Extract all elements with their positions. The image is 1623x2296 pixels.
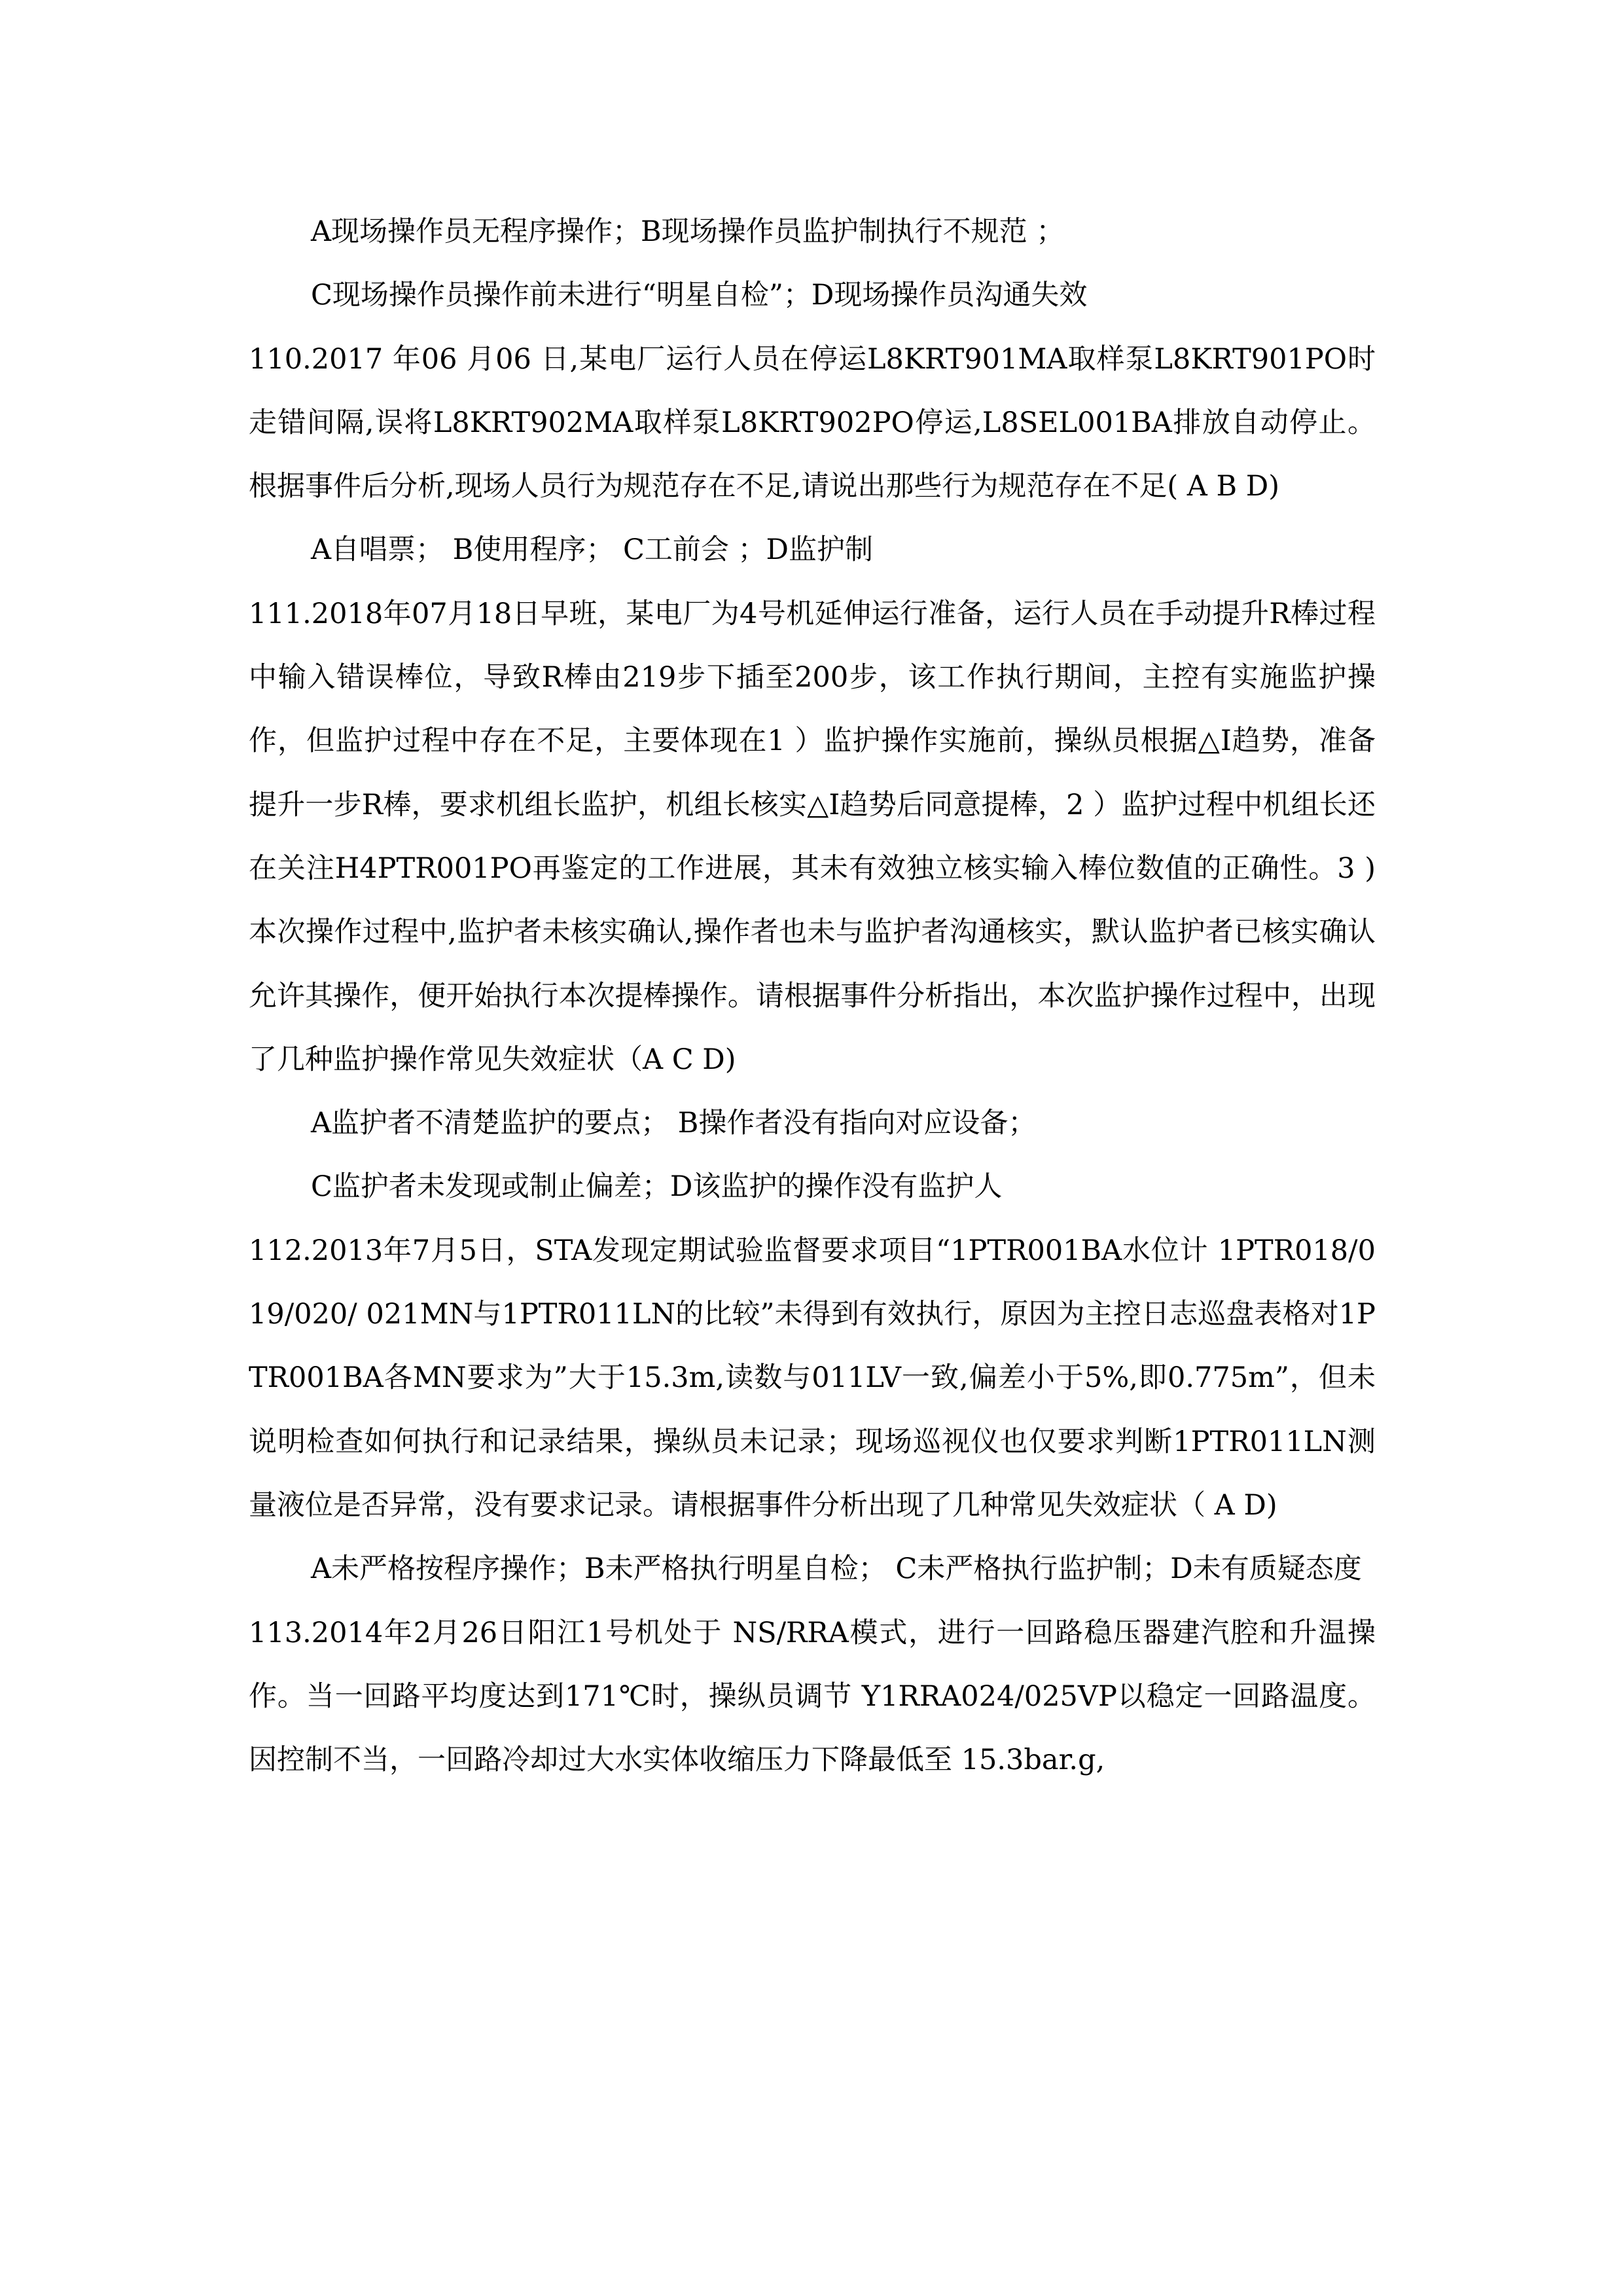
answer-options-110: A自唱票； B使用程序； C工前会 ；D监护制 — [249, 518, 1376, 582]
question-110: 110.2017 年06 月06 日,某电厂运行人员在停运L8KRT901MA取… — [249, 328, 1376, 519]
question-111: 111.2018年07月18日早班，某电厂为4号机延伸运行准备，运行人员在手动提… — [249, 583, 1376, 1092]
question-112: 112.2013年7月5日，STA发现定期试验监督要求项目“1PTR001BA水… — [249, 1219, 1376, 1537]
question-113: 113.2014年2月26日阳江1号机处于 NS/RRA模式，进行一回路稳压器建… — [249, 1602, 1376, 1793]
answer-options-109-cd: C现场操作员操作前未进行“明星自检”；D现场操作员沟通失效 — [249, 264, 1376, 327]
document-page: A现场操作员无程序操作；B现场操作员监护制执行不规范 ； C现场操作员操作前未进… — [249, 200, 1376, 1792]
answer-options-111-ab: A监护者不清楚监护的要点； B操作者没有指向对应设备； — [249, 1092, 1376, 1155]
answer-options-109-ab: A现场操作员无程序操作；B现场操作员监护制执行不规范 ； — [249, 200, 1376, 264]
answer-options-112: A未严格按程序操作；B未严格执行明星自检； C未严格执行监护制；D未有质疑态度 — [249, 1537, 1376, 1601]
answer-options-111-cd: C监护者未发现或制止偏差；D该监护的操作没有监护人 — [249, 1155, 1376, 1219]
